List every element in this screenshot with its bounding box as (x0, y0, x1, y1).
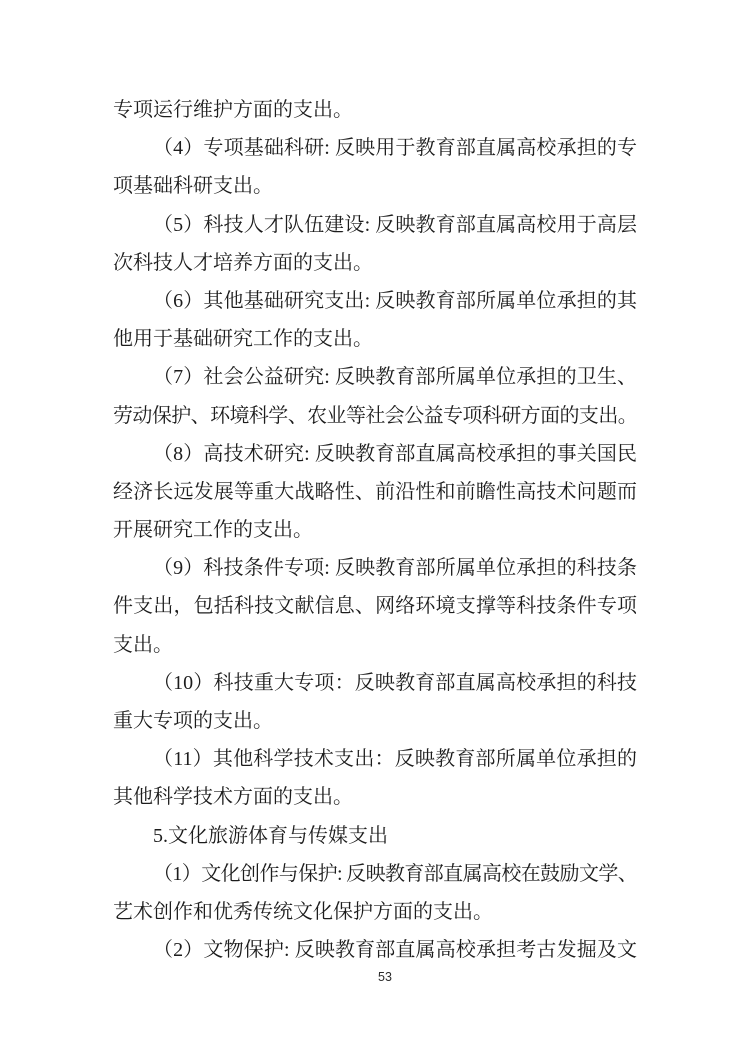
text-line: 专项运行维护方面的支出。 (113, 91, 637, 129)
text-line: 重大专项的支出。 (113, 702, 637, 740)
text-line: （11）其他科学技术支出：反映教育部所属单位承担的 (113, 740, 637, 778)
text-line: （2）文物保护: 反映教育部直属高校承担考古发掘及文 (113, 931, 637, 969)
text-line: 他用于基础研究工作的支出。 (113, 320, 637, 358)
text-line: （9）科技条件专项: 反映教育部所属单位承担的科技条 (113, 549, 637, 587)
text-line: （4）专项基础科研: 反映用于教育部直属高校承担的专 (113, 129, 637, 167)
text-line: 支出。 (113, 626, 637, 664)
text-line: 其他科学技术方面的支出。 (113, 778, 637, 816)
document-page: 专项运行维护方面的支出。（4）专项基础科研: 反映用于教育部直属高校承担的专项基… (0, 0, 750, 1060)
text-line: 件支出，包括科技文献信息、网络环境支撑等科技条件专项 (113, 587, 637, 625)
text-line: 开展研究工作的支出。 (113, 511, 637, 549)
text-line: 艺术创作和优秀传统文化保护方面的支出。 (113, 893, 637, 931)
page-number: 53 (10, 970, 750, 984)
text-line: （7）社会公益研究: 反映教育部所属单位承担的卫生、 (113, 358, 637, 396)
document-body: 专项运行维护方面的支出。（4）专项基础科研: 反映用于教育部直属高校承担的专项基… (113, 91, 637, 969)
text-line: 劳动保护、环境科学、农业等社会公益专项科研方面的支出。 (113, 397, 637, 435)
text-line: 次科技人才培养方面的支出。 (113, 244, 637, 282)
text-line: （8）高技术研究: 反映教育部直属高校承担的事关国民 (113, 435, 637, 473)
text-line: （1）文化创作与保护: 反映教育部直属高校在鼓励文学、 (113, 855, 637, 893)
text-line: 经济长远发展等重大战略性、前沿性和前瞻性高技术问题而 (113, 473, 637, 511)
text-line: 5.文化旅游体育与传媒支出 (113, 817, 637, 855)
text-line: 项基础科研支出。 (113, 167, 637, 205)
text-line: （5）科技人才队伍建设: 反映教育部直属高校用于高层 (113, 206, 637, 244)
text-line: （10）科技重大专项：反映教育部直属高校承担的科技 (113, 664, 637, 702)
text-line: （6）其他基础研究支出: 反映教育部所属单位承担的其 (113, 282, 637, 320)
